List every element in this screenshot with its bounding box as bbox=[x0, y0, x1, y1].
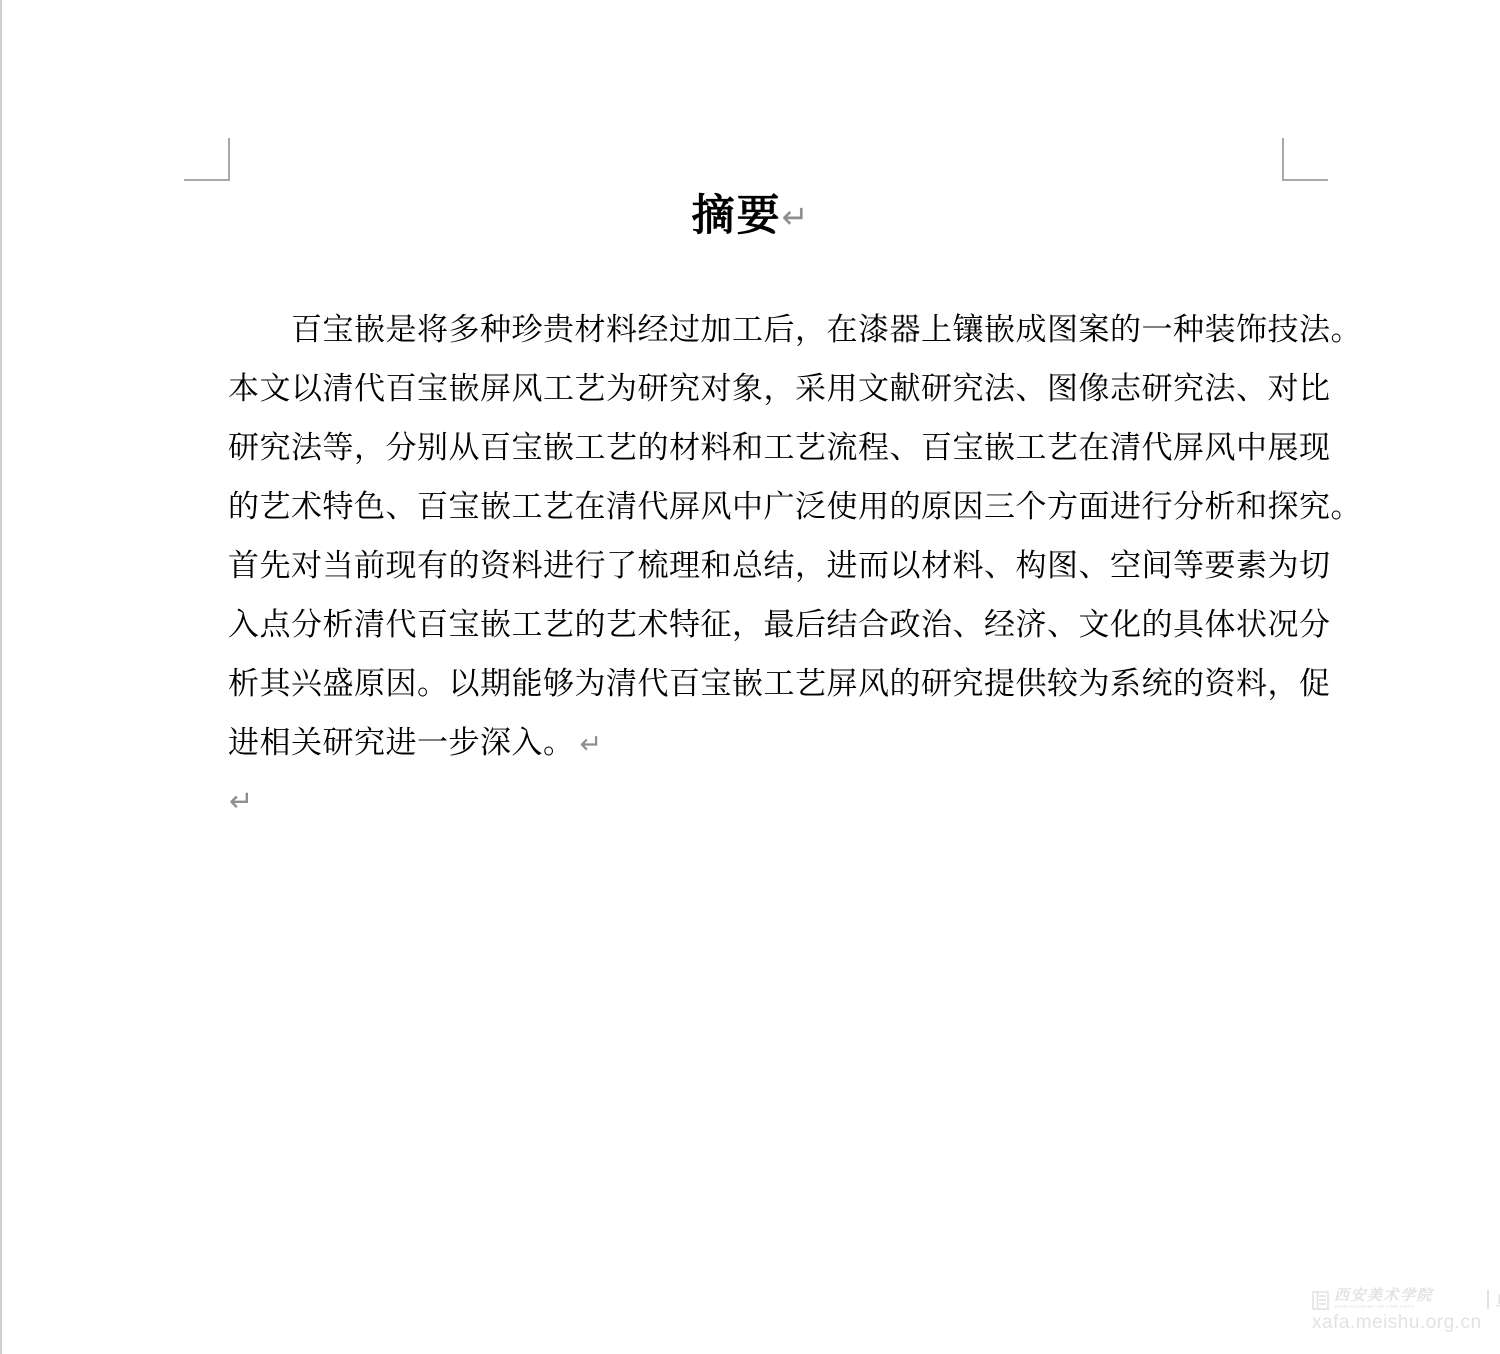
paragraph-mark-icon: ↵ bbox=[580, 729, 603, 760]
abstract-line: 入点分析清代百宝嵌工艺的艺术特征，最后结合政治、经济、文化的具体状况分 bbox=[228, 595, 1313, 654]
xafa-logo-icon bbox=[1312, 1291, 1329, 1310]
watermark-academy-name: 西安美术学院 bbox=[1334, 1289, 1480, 1304]
paragraph-mark-icon: ↵ bbox=[782, 198, 809, 236]
page-title: 摘要 bbox=[692, 193, 782, 240]
abstract-line: 析其兴盛原因。以期能够为清代百宝嵌工艺屏风的研究提供较为系统的资料，促 bbox=[228, 654, 1313, 713]
watermark-url: xafa.meishu.org.cn bbox=[1312, 1312, 1500, 1334]
abstract-line: 本文以清代百宝嵌屏风工艺为研究对象，采用文献研究法、图像志研究法、对比 bbox=[228, 359, 1313, 418]
margin-corner-top-right-icon bbox=[1282, 138, 1328, 181]
abstract-title-row: 摘要↵ bbox=[0, 192, 1500, 242]
document-page: 摘要↵ 百宝嵌是将多种珍贵材料经过加工后，在漆器上镶嵌成图案的一种装饰技法。本文… bbox=[0, 0, 1500, 1354]
watermark-academy-name-en: XI'AN ACADEMY OF FINE ARTS bbox=[1334, 1304, 1414, 1309]
abstract-paragraph: 百宝嵌是将多种珍贵材料经过加工后，在漆器上镶嵌成图案的一种装饰技法。本文以清代百… bbox=[228, 300, 1313, 774]
abstract-line: 的艺术特色、百宝嵌工艺在清代屏风中广泛使用的原因三个方面进行分析和探究。 bbox=[228, 477, 1313, 536]
margin-corner-top-left-icon bbox=[184, 138, 230, 181]
abstract-line: 百宝嵌是将多种珍贵材料经过加工后，在漆器上镶嵌成图案的一种装饰技法。 bbox=[228, 300, 1313, 359]
watermark-divider bbox=[1487, 1290, 1489, 1309]
abstract-line: 首先对当前现有的资料进行了梳理和总结，进而以材料、构图、空间等要素为切 bbox=[228, 536, 1313, 595]
abstract-line: 研究法等，分别从百宝嵌工艺的材料和工艺流程、百宝嵌工艺在清代屏风中展现 bbox=[228, 418, 1313, 477]
watermark: 西安美术学院 XI'AN ACADEMY OF FINE ARTS 毕业展 xa… bbox=[1312, 1289, 1500, 1334]
abstract-line: 进相关研究进一步深入。↵ bbox=[228, 713, 1313, 774]
watermark-logo-row: 西安美术学院 XI'AN ACADEMY OF FINE ARTS 毕业展 bbox=[1312, 1289, 1500, 1312]
watermark-academy: 西安美术学院 XI'AN ACADEMY OF FINE ARTS bbox=[1334, 1289, 1480, 1313]
watermark-exhibition-label: 毕业展 bbox=[1496, 1289, 1500, 1314]
empty-paragraph-mark-icon: ↵ bbox=[229, 772, 253, 831]
